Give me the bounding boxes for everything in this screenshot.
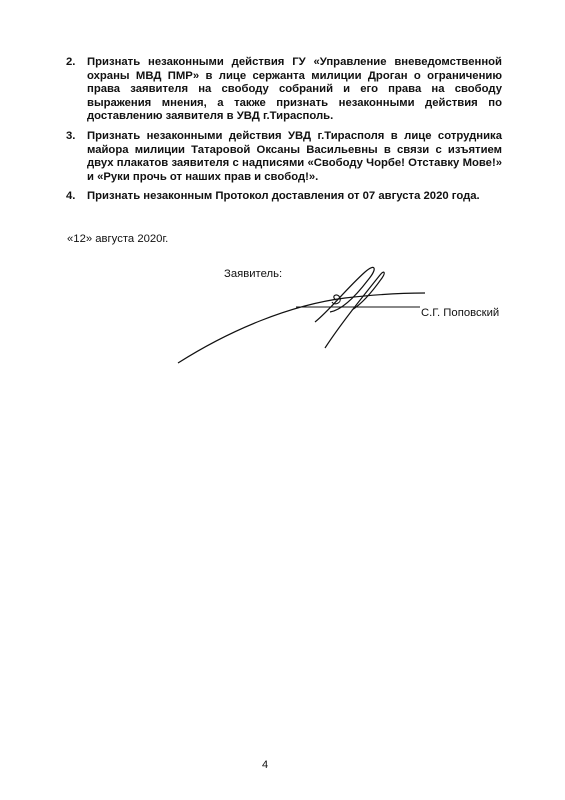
claim-number: 3. xyxy=(66,130,87,184)
claim-item: 3. Признать незаконными действия УВД г.Т… xyxy=(66,130,502,184)
document-date: «12» августа 2020г. xyxy=(67,233,168,245)
signatory-name: С.Г. Поповский xyxy=(421,307,499,319)
claim-text: Признать незаконными действия ГУ «Управл… xyxy=(87,56,502,124)
claim-item: 4. Признать незаконным Протокол доставле… xyxy=(66,190,502,204)
claim-text: Признать незаконными действия УВД г.Тира… xyxy=(87,130,502,184)
claim-number: 4. xyxy=(66,190,87,204)
claim-text: Признать незаконным Протокол доставления… xyxy=(87,190,502,204)
claim-item: 2. Признать незаконными действия ГУ «Упр… xyxy=(66,56,502,124)
claims-list: 2. Признать незаконными действия ГУ «Упр… xyxy=(66,56,502,210)
page-number: 4 xyxy=(262,759,268,771)
handwritten-signature xyxy=(170,260,430,380)
claim-number: 2. xyxy=(66,56,87,124)
